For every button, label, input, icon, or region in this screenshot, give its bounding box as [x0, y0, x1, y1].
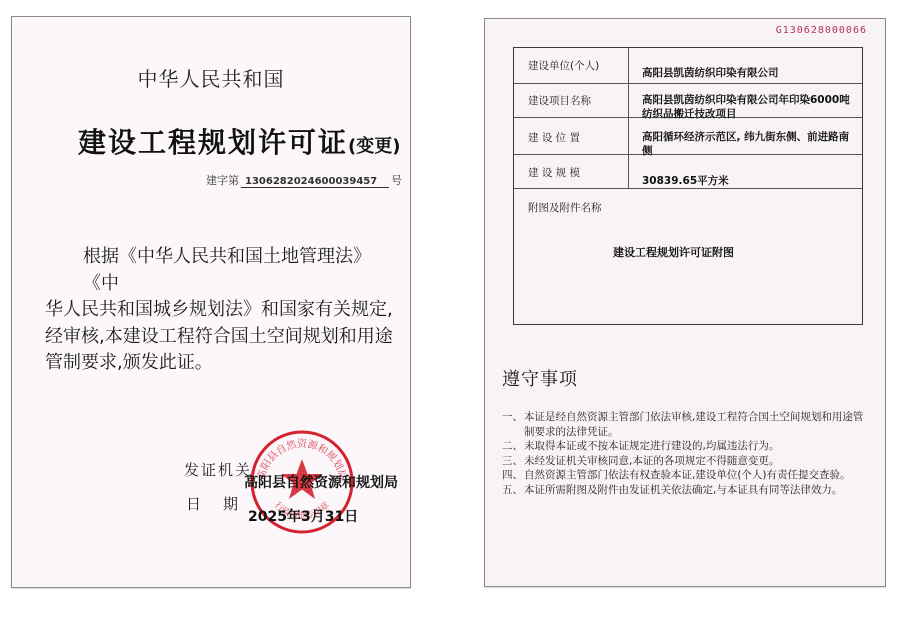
permit-number-line: 建字第130628202460003945​7号: [206, 172, 402, 188]
attachments-label: 附图及附件名称: [528, 200, 602, 215]
rules-list: 一、本证是经自然资源主管部门依法审核,建设工程符合国土空间规划和用途管制要求的法…: [502, 410, 867, 498]
country-name: 中华人民共和国: [12, 63, 410, 92]
rule-item: 二、未取得本证或不按本证规定进行建设的,均属违法行为。: [502, 439, 867, 454]
row-value: 高阳县凯茵纺织印染有限公司: [642, 66, 857, 80]
body-line: 华人民共和国城乡规划法》和国家有关规定,: [45, 297, 395, 324]
permit-suffix: 号: [391, 174, 402, 187]
rule-text: 本证所需附图及附件由发证机关依法确定,与本证具有同等法律效力。: [524, 484, 842, 496]
body-line: 经审核,本建设工程符合国土空间规划和用途: [45, 324, 395, 351]
row-label: 建设单位(个人): [528, 58, 599, 73]
serial-number: G130628000066: [776, 25, 867, 36]
body-line: 管制要求,颁发此证。: [45, 350, 395, 377]
rule-number: 一、: [502, 410, 523, 425]
row-label: 建 设 规 模: [528, 165, 580, 180]
rules-title: 遵守事项: [502, 365, 578, 391]
permit-body-text: 根据《中华人民共和国土地管理法》《中 华人民共和国城乡规划法》和国家有关规定, …: [45, 244, 395, 377]
issue-date: 2025年3月31日: [248, 506, 358, 526]
rule-text: 本证是经自然资源主管部门依法审核,建设工程符合国土空间规划和用途管制要求的法律凭…: [524, 411, 863, 438]
permit-front-page: 中华人民共和国 建设工程规划许可证(变更) 建字第130628202460003…: [11, 16, 411, 588]
table-row: 建 设 规 模 30839.65平方米: [514, 155, 862, 189]
permit-prefix: 建字第: [206, 174, 239, 187]
row-label: 建 设 位 置: [528, 130, 580, 145]
row-value: 高阳县凯茵纺织印染有限公司年印染6000吨纺织品搬迁技改项目: [642, 93, 857, 121]
rule-text: 未取得本证或不按本证规定进行建设的,均属违法行为。: [524, 440, 779, 452]
table-row: 建设单位(个人) 高阳县凯茵纺织印染有限公司: [514, 48, 862, 84]
rule-number: 五、: [502, 483, 523, 498]
rule-item: 三、未经发证机关审核同意,本证的各项规定不得随意变更。: [502, 454, 867, 469]
rule-number: 四、: [502, 468, 523, 483]
row-label: 建设项目名称: [528, 93, 591, 108]
rule-number: 三、: [502, 454, 523, 469]
rule-number: 二、: [502, 439, 523, 454]
title-main: 建设工程规划许可证: [78, 126, 348, 159]
title-suffix: (变更): [348, 136, 400, 157]
rule-text: 未经发证机关审核同意,本证的各项规定不得随意变更。: [524, 455, 779, 467]
issuer-label: 发证机关: [184, 459, 252, 480]
rule-item: 四、自然资源主管部门依法有权查验本证,建设单位(个人)有责任提交查验。: [502, 468, 867, 483]
row-value: 高阳循环经济示范区, 纬九街东侧、前进路南侧: [642, 130, 857, 158]
table-row: 建 设 位 置 高阳循环经济示范区, 纬九街东侧、前进路南侧: [514, 118, 862, 155]
issuer-value: 高阳县自然资源和规划局: [244, 472, 398, 492]
body-line: 根据《中华人民共和国土地管理法》《中: [45, 244, 395, 297]
rule-item: 五、本证所需附图及附件由发证机关依法确定,与本证具有同等法律效力。: [502, 483, 867, 498]
rule-item: 一、本证是经自然资源主管部门依法审核,建设工程符合国土空间规划和用途管制要求的法…: [502, 410, 867, 439]
permit-number: 130628202460003945​7: [241, 176, 389, 188]
rule-text: 自然资源主管部门依法有权查验本证,建设单位(个人)有责任提交查验。: [524, 469, 851, 481]
table-row: 建设项目名称 高阳县凯茵纺织印染有限公司年印染6000吨纺织品搬迁技改项目: [514, 84, 862, 118]
permit-back-page: G130628000066 建设单位(个人) 高阳县凯茵纺织印染有限公司 建设项…: [484, 18, 886, 587]
row-value: 30839.65平方米: [642, 174, 857, 188]
attachments-value: 建设工程规划许可证附图: [613, 244, 734, 260]
project-info-table: 建设单位(个人) 高阳县凯茵纺织印染有限公司 建设项目名称 高阳县凯茵纺织印染有…: [513, 47, 863, 325]
document-title: 建设工程规划许可证(变更): [78, 121, 400, 161]
